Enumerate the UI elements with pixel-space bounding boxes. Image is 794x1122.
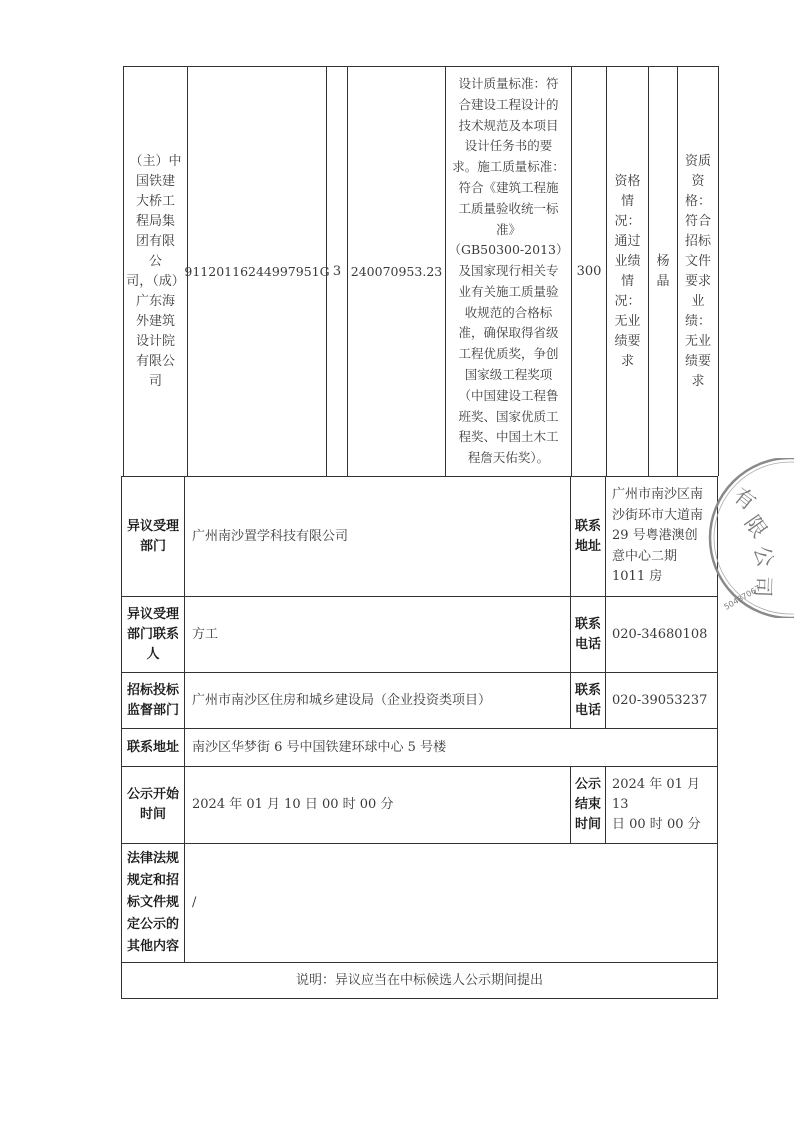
supervision-address-label: 联系地址 (122, 729, 184, 766)
objection-address-value: 广州市南沙区南 沙街环市大道南 29 号粤港澳创 意中心二期 1011 房 (606, 477, 717, 596)
supervision-phone-value: 020-39053237 (606, 673, 717, 728)
seal-text: 有 (729, 483, 760, 515)
objection-contact-value: 方工 (185, 597, 570, 672)
publicity-end-label: 公示 结束 时间 (571, 767, 605, 843)
note: 说明：异议应当在中标候选人公示期间提出 (122, 963, 717, 998)
objection-phone-label: 联系 电话 (571, 597, 605, 672)
supervision-address-value: 南沙区华梦街 6 号中国铁建环球中心 5 号楼 (185, 729, 717, 766)
supervision-phone-label: 联系 电话 (571, 673, 605, 728)
objection-dept-value: 广州南沙置学科技有限公司 (185, 477, 570, 596)
publicity-start-label: 公示开始 时间 (122, 767, 184, 843)
supervision-dept-label: 招标投标 监督部门 (122, 673, 184, 728)
other-content-value: / (185, 844, 717, 962)
project-manager: 杨 晶 (649, 67, 677, 476)
objection-dept-label: 异议受理 部门 (122, 477, 184, 596)
objection-address-label: 联系 地址 (571, 477, 605, 596)
publicity-start-value: 2024 年 01 月 10 日 00 时 00 分 (185, 767, 570, 843)
svg-text:司: 司 (750, 576, 775, 598)
table-border-bottom (121, 998, 718, 999)
publicity-end-value: 2024 年 01 月 13 日 00 时 00 分 (606, 767, 717, 843)
rank: 3 (327, 67, 347, 476)
svg-text:50487067: 50487067 (723, 584, 763, 612)
objection-contact-label: 异议受理 部门联系 人 (122, 597, 184, 672)
other-content-label: 法律法规 规定和招 标文件规 定公示的 其他内容 (122, 844, 184, 962)
svg-text:限: 限 (740, 511, 772, 542)
duration: 300 (572, 67, 606, 476)
table-border-right (718, 66, 719, 476)
bid-price: 240070953.23 (348, 67, 445, 476)
supervision-dept-value: 广州市南沙区住房和城乡建设局（企业投资类项目） (185, 673, 570, 728)
objection-phone-value: 020-34680108 (606, 597, 717, 672)
manager-qualification: 资质 资 格： 符合 招标 文件 要求 业 绩： 无业 绩要 求 (678, 67, 718, 476)
quality-standard: 设计质量标准：符 合建设工程设计的 技术规范及本项目 设计任务书的要 求。施工质… (446, 67, 571, 476)
qualification-review: 资格 情 况： 通过 业绩 情 况： 无业 绩要 求 (607, 67, 648, 476)
credit-code: 91120116244997951G (188, 67, 326, 476)
svg-text:公: 公 (749, 543, 778, 569)
table-border-right (717, 476, 718, 998)
bidder-name: （主）中 国铁建 大桥工 程局集 团有限 公 司，（成） 广东海 外建筑 设计院… (124, 67, 187, 476)
